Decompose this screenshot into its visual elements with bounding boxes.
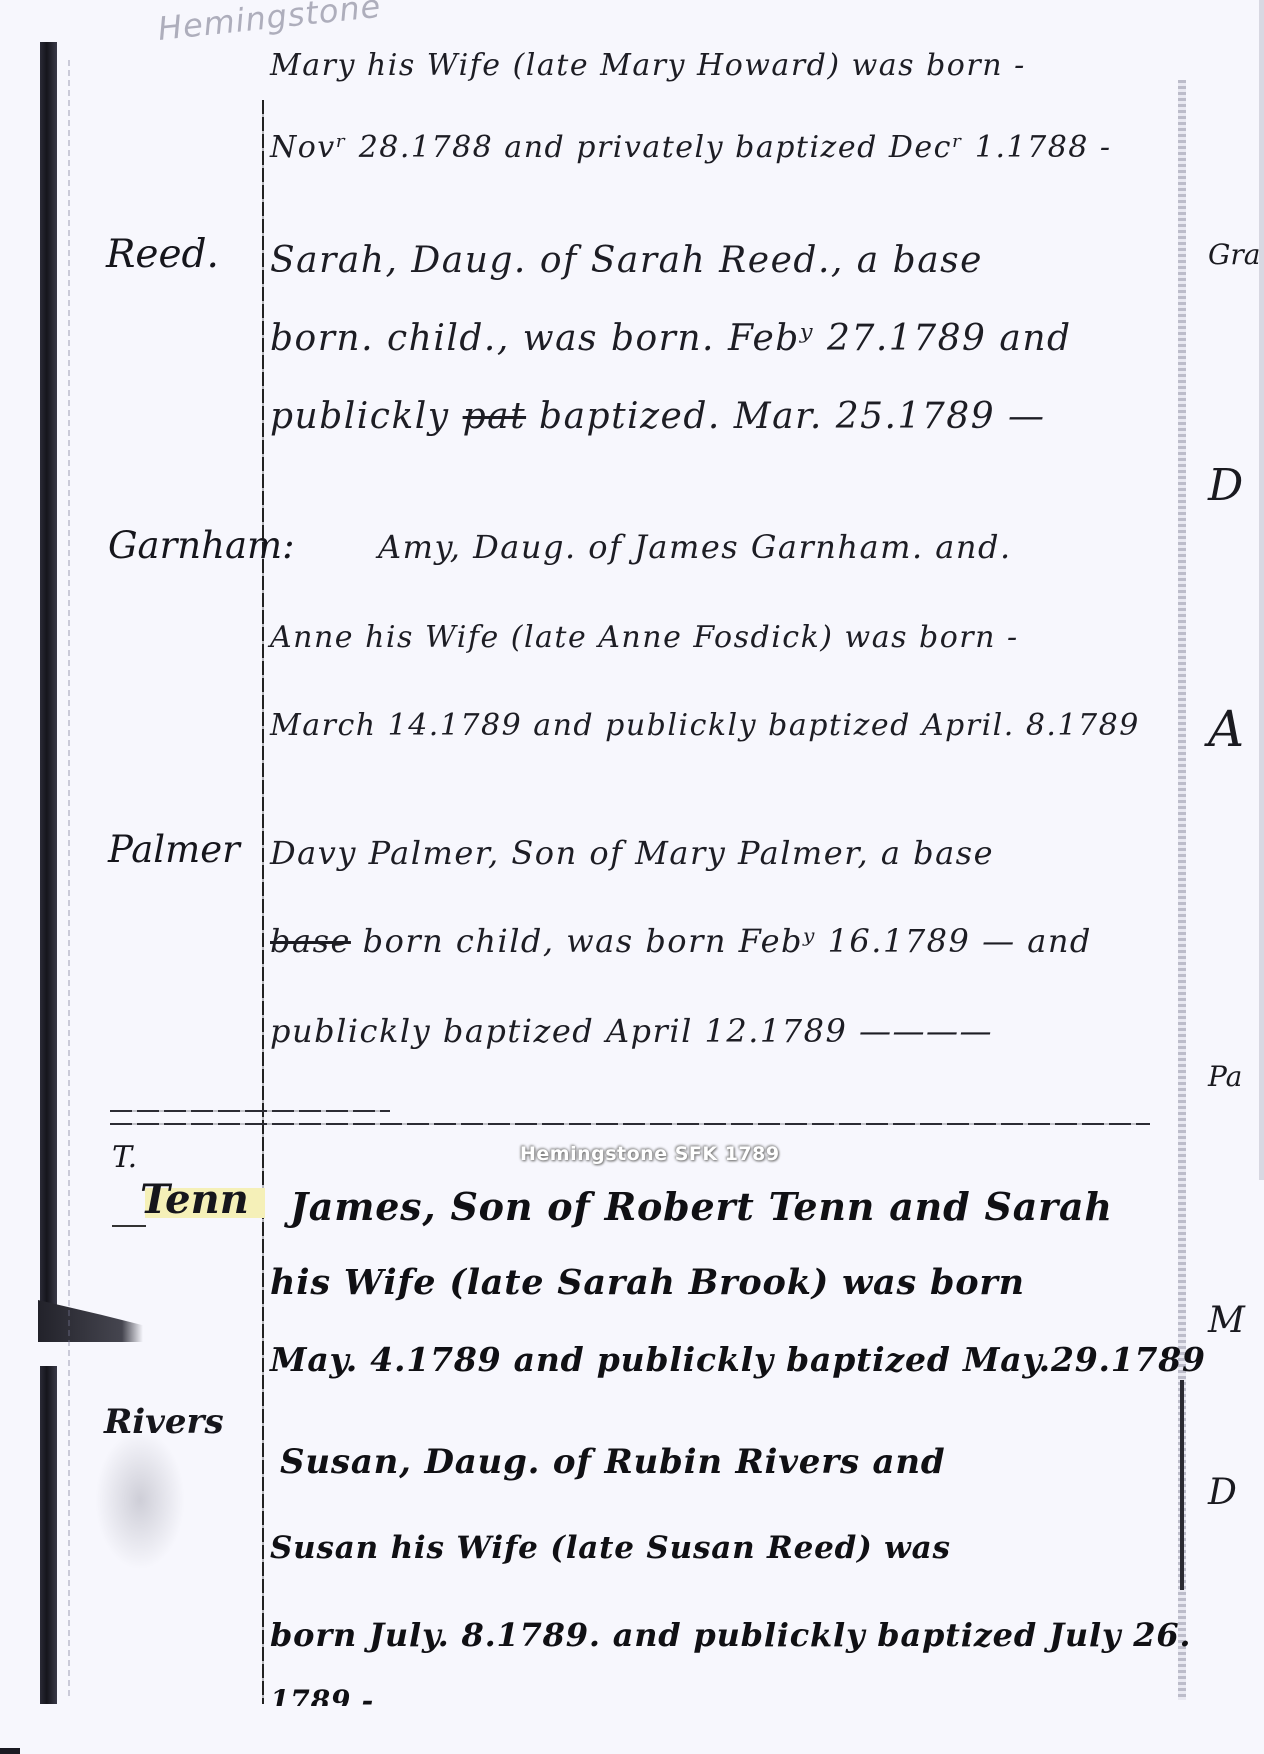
pen-flourish: [112, 1225, 146, 1227]
margin-fragment-1: Gra: [1208, 238, 1260, 271]
entry-palmer-struck-word: base: [270, 922, 351, 960]
left-margin-rule: [68, 60, 70, 1700]
entry-rivers-line-3: born July. 8.1789. and publickly baptize…: [270, 1616, 1191, 1654]
page-edge: [1259, 0, 1264, 1180]
continued-entry-line-2: Novʳ 28.1788 and privately baptized Decʳ…: [270, 130, 1112, 165]
margin-fragment-2: D: [1208, 460, 1243, 511]
entry-tenn-line-1: James, Son of Robert Tenn and Sarah: [290, 1184, 1113, 1229]
entry-reed-struck-word: pat: [463, 396, 526, 437]
entry-reed-line-1: Sarah, Daug. of Sarah Reed., a base: [270, 240, 983, 281]
margin-fragment-5: M: [1208, 1300, 1245, 1341]
entry-reed-publickly: publickly: [270, 396, 450, 437]
entry-garnham-line-3: March 14.1789 and publickly baptized Apr…: [270, 708, 1140, 743]
entry-reed-line-3: publickly pat baptized. Mar. 25.1789 —: [270, 396, 1046, 437]
marginal-mark-t: T.: [112, 1140, 137, 1175]
section-divider-short: [110, 1110, 390, 1112]
pencil-annotation: Hemingstone: [156, 0, 383, 48]
register-page: Hemingstone Mary his Wife (late Mary How…: [0, 0, 1264, 1754]
section-divider: [110, 1123, 1150, 1125]
entry-tenn-line-2: his Wife (late Sarah Brook) was born: [270, 1262, 1025, 1303]
binding-notch: [38, 1300, 143, 1342]
margin-fragment-3: A: [1208, 700, 1244, 758]
surname-garnham: Garnham:: [108, 524, 295, 567]
watermark: Hemingstone SFK 1789: [520, 1143, 780, 1165]
entry-tenn-line-3: May. 4.1789 and publickly baptized May.2…: [270, 1340, 1206, 1379]
surname-palmer: Palmer: [108, 828, 240, 871]
margin-fragment-6: D: [1208, 1472, 1237, 1513]
entry-palmer-line-1: Davy Palmer, Son of Mary Palmer, a base: [270, 834, 994, 872]
entry-garnham-line-1: Amy, Daug. of James Garnham. and.: [378, 528, 1012, 566]
entry-palmer-line-3: publickly baptized April 12.1789 ————: [270, 1012, 993, 1050]
scan-corner-mark: [0, 1748, 20, 1754]
surname-tenn: Tenn: [140, 1176, 249, 1223]
surname-column-rule: [262, 100, 264, 1704]
binding-gap: [38, 1342, 60, 1366]
right-margin-rule-dark: [1180, 1380, 1184, 1590]
entry-rivers-line-2: Susan his Wife (late Susan Reed) was: [270, 1530, 951, 1566]
continued-entry-line-1: Mary his Wife (late Mary Howard) was bor…: [270, 48, 1026, 83]
entry-palmer-line-2: base born child, was born Febʸ 16.1789 —…: [270, 922, 1092, 960]
entry-reed-line-2: born. child., was born. Febʸ 27.1789 and: [270, 318, 1072, 359]
surname-rivers: Rivers: [104, 1402, 224, 1442]
paper-stain: [95, 1430, 185, 1570]
entry-reed-baptized: baptized. Mar. 25.1789 —: [539, 396, 1046, 437]
binding-edge: [40, 42, 57, 1704]
entry-rivers-line-4: 1789 -: [270, 1684, 374, 1706]
scan-bottom-margin: [0, 1706, 1264, 1754]
entry-rivers-line-1: Susan, Daug. of Rubin Rivers and: [280, 1442, 945, 1482]
margin-fragment-4: Pa: [1208, 1060, 1242, 1093]
entry-palmer-born: born child, was born Febʸ 16.1789 — and: [363, 922, 1092, 960]
entry-garnham-line-2: Anne his Wife (late Anne Fosdick) was bo…: [270, 620, 1019, 655]
surname-reed: Reed.: [106, 232, 219, 277]
